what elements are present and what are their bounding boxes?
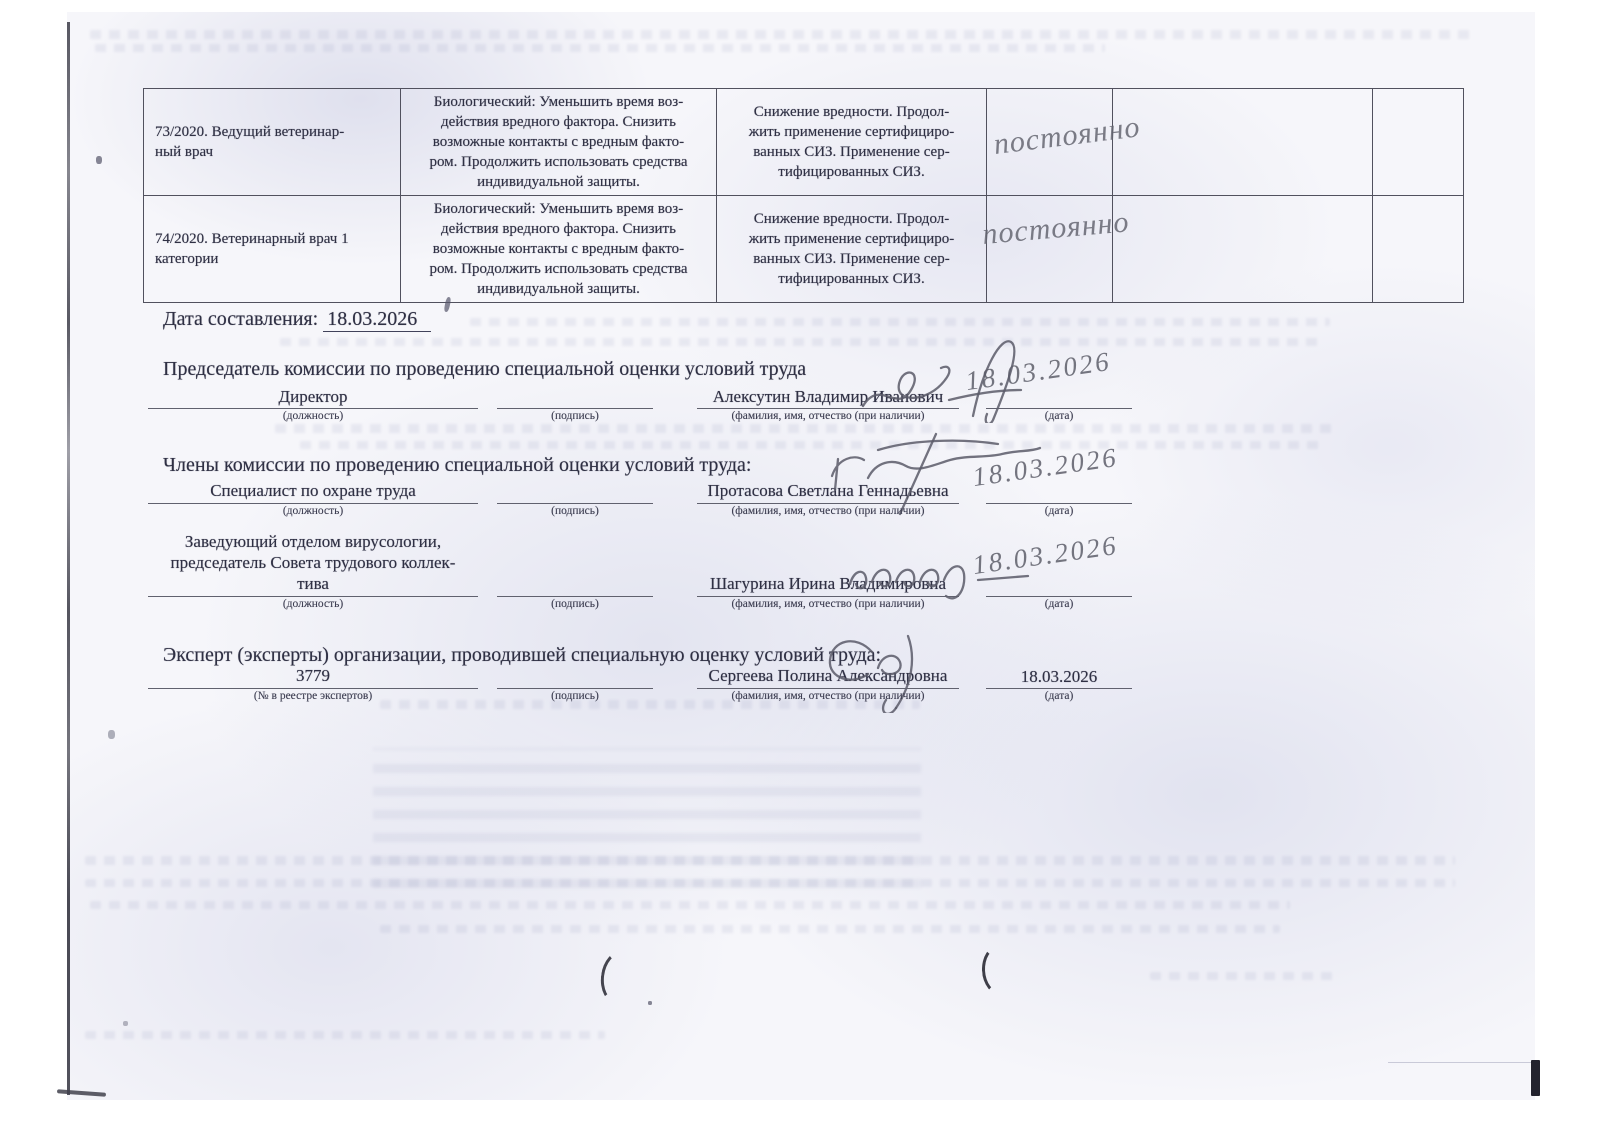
member1-position-line: (должность) (148, 503, 478, 517)
caption-signature: (подпись) (497, 690, 653, 702)
cell-purpose: Снижение вредности. Продол- жить примене… (717, 89, 987, 196)
chair-section-heading: Председатель комиссии по проведению спец… (163, 358, 806, 381)
expert-section-heading: Эксперт (эксперты) организации, проводив… (163, 644, 881, 667)
chair-date-line: (дата) (986, 408, 1132, 422)
caption-position: (должность) (148, 410, 478, 422)
caption-signature: (подпись) (497, 505, 653, 517)
bleedthrough-band (1150, 972, 1340, 980)
cell-completion-mark (1373, 89, 1464, 196)
cell-workplace: 73/2020. Ведущий ветеринар- ный врач (144, 89, 401, 196)
member-role: Заведующий отделом вирусологии, председа… (148, 531, 478, 594)
member1-fullname-line: (фамилия, имя, отчество (при наличии) (697, 503, 959, 517)
caption-date: (дата) (986, 505, 1132, 517)
member1-date-line: (дата) (986, 503, 1132, 517)
expert-fullname-line: (фамилия, имя, отчество (при наличии) (697, 688, 959, 702)
caption-fullname: (фамилия, имя, отчество (при наличии) (697, 410, 959, 422)
scan-speck (123, 1021, 128, 1026)
scan-edge-line (67, 22, 70, 1095)
bleedthrough-band (90, 901, 1290, 909)
bleedthrough-band (90, 30, 1470, 39)
cell-workplace: 74/2020. Ветеринарный врач 1 категории (144, 196, 401, 303)
caption-date: (дата) (986, 690, 1132, 702)
caption-signature: (подпись) (497, 598, 653, 610)
expert-registry-line: (№ в реестре экспертов) (148, 688, 478, 702)
chair-signature-line: (подпись) (497, 408, 653, 422)
caption-fullname: (фамилия, имя, отчество (при наличии) (697, 690, 959, 702)
cell-departments (1113, 196, 1373, 303)
improvement-measures-table: 73/2020. Ведущий ветеринар- ный врач Био… (143, 88, 1464, 303)
cell-measures: Биологический: Уменьшить время воз- дейс… (401, 196, 717, 303)
chair-position-line: (должность) (148, 408, 478, 422)
members-section-heading: Члены комиссии по проведению специальной… (163, 454, 752, 477)
chair-role: Директор (148, 387, 478, 407)
bleedthrough-band (85, 1031, 605, 1039)
expert-signature-line: (подпись) (497, 688, 653, 702)
expert-registry-number: 3779 (148, 666, 478, 686)
bleedthrough-band (85, 856, 1455, 865)
caption-fullname: (фамилия, имя, отчество (при наличии) (697, 598, 959, 610)
scan-speck (96, 156, 102, 164)
cell-departments (1113, 89, 1373, 196)
bleedthrough-band (95, 44, 1105, 52)
member1-signature-line: (подпись) (497, 503, 653, 517)
member2-fullname-line: (фамилия, имя, отчество (при наличии) (697, 596, 959, 610)
cell-measures: Биологический: Уменьшить время воз- дейс… (401, 89, 717, 196)
composition-date-label: Дата составления: (163, 308, 318, 330)
bleedthrough-band (470, 318, 1330, 326)
bleedthrough-band (300, 441, 1320, 449)
caption-registry: (№ в реестре экспертов) (148, 690, 478, 702)
scan-rule (1388, 1062, 1534, 1063)
caption-signature: (подпись) (497, 410, 653, 422)
member2-position-line: (должность) (148, 596, 478, 610)
caption-date: (дата) (986, 410, 1132, 422)
caption-date: (дата) (986, 598, 1132, 610)
bleedthrough-band (85, 879, 1455, 887)
caption-position: (должность) (148, 505, 478, 517)
scan-right-bar (1531, 1060, 1540, 1096)
expert-date-line: (дата) (986, 688, 1132, 702)
chair-fullname-line: (фамилия, имя, отчество (при наличии) (697, 408, 959, 422)
member-role: Специалист по охране труда (148, 481, 478, 501)
cell-completion-mark (1373, 196, 1464, 303)
composition-date-value: 18.03.2026 (323, 308, 431, 332)
scanned-document-page: 73/2020. Ведущий ветеринар- ный врач Био… (0, 0, 1600, 1131)
bleedthrough-band (380, 925, 1280, 933)
member2-signature (838, 546, 1138, 601)
bleedthrough-band (275, 424, 1335, 433)
caption-fullname: (фамилия, имя, отчество (при наличии) (697, 505, 959, 517)
bleedthrough-block (373, 748, 921, 888)
scan-speck (108, 730, 115, 739)
cell-purpose: Снижение вредности. Продол- жить примене… (717, 196, 987, 303)
member2-date-line: (дата) (986, 596, 1132, 610)
member2-signature-line: (подпись) (497, 596, 653, 610)
scan-speck (648, 1001, 652, 1005)
bleedthrough-band (280, 338, 1320, 346)
caption-position: (должность) (148, 598, 478, 610)
composition-date: Дата составления: 18.03.2026 (163, 308, 431, 331)
